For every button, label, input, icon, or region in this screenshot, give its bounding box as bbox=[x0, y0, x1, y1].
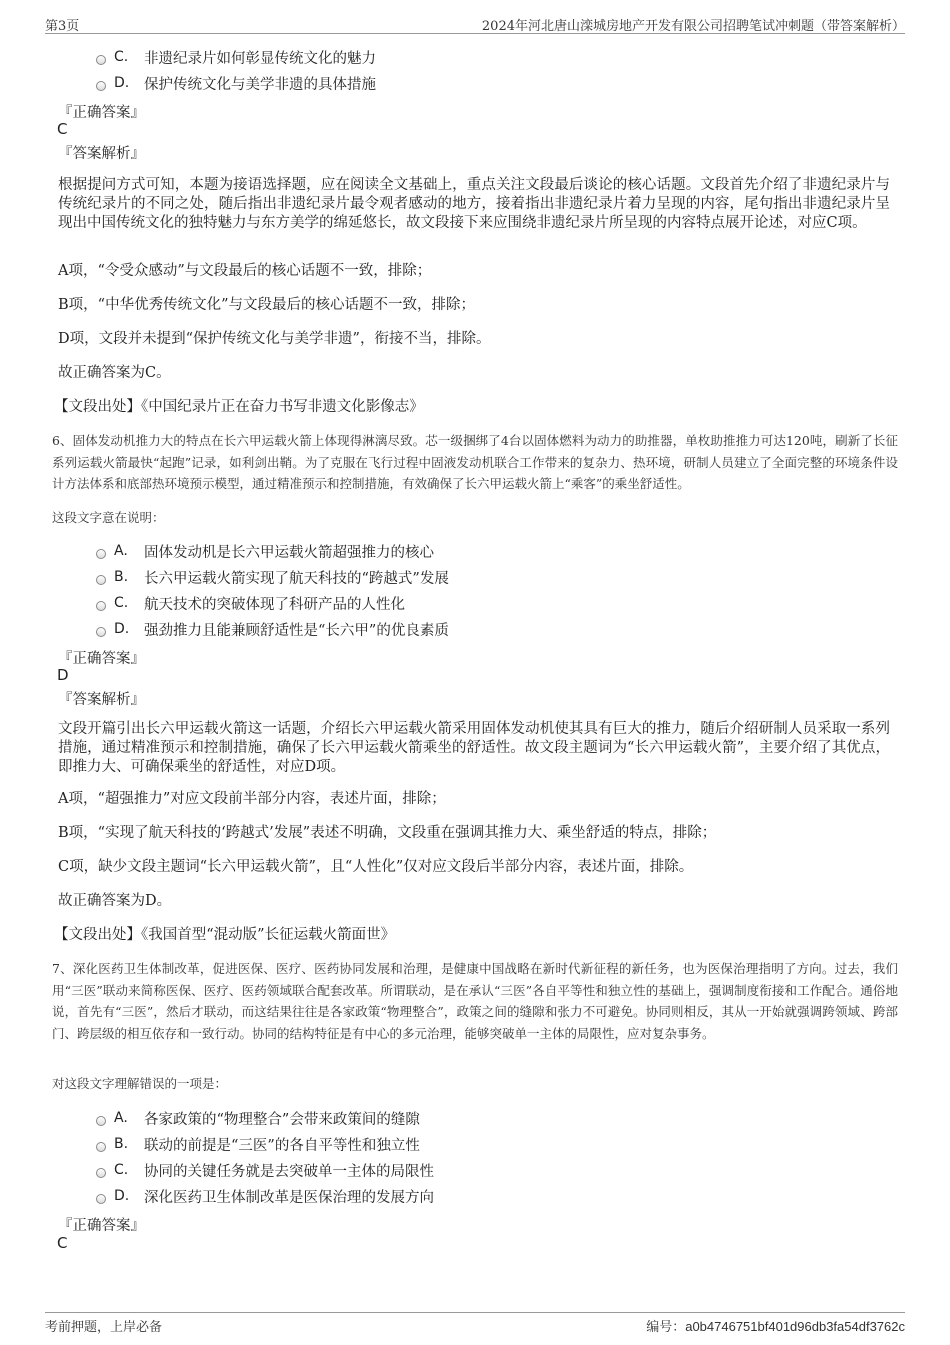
page-header: 第3页 2024年河北唐山滦城房地产开发有限公司招聘笔试冲刺题（带答案解析） bbox=[45, 14, 905, 34]
q6-option-b[interactable]: B. 长六甲运载火箭实现了航天科技的“跨越式”发展 bbox=[96, 566, 449, 588]
q6-option-d[interactable]: D. 强劲推力且能兼顾舒适性是“长六甲”的优良素质 bbox=[96, 618, 449, 640]
q6-option-a[interactable]: A. 固体发动机是长六甲运载火箭超强推力的核心 bbox=[96, 540, 434, 562]
radio-icon[interactable] bbox=[96, 81, 106, 91]
q5-option-d[interactable]: D. 保护传统文化与美学非遗的具体措施 bbox=[96, 72, 376, 94]
q7-option-d[interactable]: D. 深化医药卫生体制改革是医保治理的发展方向 bbox=[96, 1185, 434, 1207]
q7-prompt: 对这段文字理解错误的一项是： bbox=[52, 1074, 227, 1092]
q6-prompt: 这段文字意在说明： bbox=[52, 508, 165, 526]
q7-option-a[interactable]: A. 各家政策的“物理整合”会带来政策间的缝隙 bbox=[96, 1107, 420, 1129]
radio-icon[interactable] bbox=[96, 1194, 106, 1204]
q6-option-c[interactable]: C. 航天技术的突破体现了科研产品的人性化 bbox=[96, 592, 405, 614]
page-footer: 考前押题，上岸必备 编号：a0b4746751bf401d96db3fa54df… bbox=[45, 1312, 905, 1315]
q6-analysis-label: 『答案解析』 bbox=[58, 688, 145, 709]
q6-note-c: C项，缺少文段主题词“长六甲运载火箭”，且“人性化”仅对应文段后半部分内容，表述… bbox=[58, 858, 890, 877]
radio-icon[interactable] bbox=[96, 575, 106, 585]
radio-icon[interactable] bbox=[96, 1168, 106, 1178]
footer-slogan: 考前押题，上岸必备 bbox=[45, 1316, 162, 1335]
q5-source: 【文段出处】《中国纪录片正在奋力书写非遗文化影像志》 bbox=[54, 398, 886, 417]
q7-option-c[interactable]: C. 协同的关键任务就是去突破单一主体的局限性 bbox=[96, 1159, 434, 1181]
radio-icon[interactable] bbox=[96, 601, 106, 611]
q6-note-b: B项，“实现了航天科技的‘跨越式’发展”表述不明确，文段重在强调其推力大、乘坐舒… bbox=[58, 824, 890, 843]
q6-answer: D bbox=[57, 666, 69, 684]
q7-answer-label: 『正确答案』 bbox=[58, 1214, 145, 1235]
q5-option-c[interactable]: C. 非遗纪录片如何彰显传统文化的魅力 bbox=[96, 46, 376, 68]
q6-note-a: A项，“超强推力”对应文段前半部分内容，表述片面，排除； bbox=[58, 790, 890, 809]
q5-answer-label: 『正确答案』 bbox=[58, 101, 145, 122]
q5-answer: C bbox=[57, 120, 67, 138]
document-title: 2024年河北唐山滦城房地产开发有限公司招聘笔试冲刺题（带答案解析） bbox=[482, 15, 905, 34]
q5-analysis: 根据提问方式可知，本题为接语选择题，应在阅读全文基础上，重点关注文段最后谈论的核… bbox=[58, 176, 890, 233]
q5-note-a: A项，“令受众感动”与文段最后的核心话题不一致，排除； bbox=[58, 262, 890, 281]
q6-question: 6、固体发动机推力大的特点在长六甲运载火箭上体现得淋漓尽致。芯一级捆绑了4台以固… bbox=[52, 430, 898, 495]
q5-note-b: B项，“中华优秀传统文化”与文段最后的核心话题不一致，排除； bbox=[58, 296, 890, 315]
radio-icon[interactable] bbox=[96, 1116, 106, 1126]
q6-answer-label: 『正确答案』 bbox=[58, 647, 145, 668]
q6-conclusion: 故正确答案为D。 bbox=[58, 892, 890, 911]
q6-analysis: 文段开篇引出长六甲运载火箭这一话题，介绍长六甲运载火箭采用固体发动机使其具有巨大… bbox=[58, 720, 890, 777]
radio-icon[interactable] bbox=[96, 627, 106, 637]
q5-note-d: D项，文段并未提到“保护传统文化与美学非遗”，衔接不当，排除。 bbox=[58, 330, 890, 349]
radio-icon[interactable] bbox=[96, 549, 106, 559]
q7-answer: C bbox=[57, 1234, 67, 1252]
q5-analysis-label: 『答案解析』 bbox=[58, 142, 145, 163]
radio-icon[interactable] bbox=[96, 1142, 106, 1152]
serial-number: 编号：a0b4746751bf401d96db3fa54df3762c bbox=[646, 1316, 905, 1335]
q7-question: 7、深化医药卫生体制改革，促进医保、医疗、医药协同发展和治理，是健康中国战略在新… bbox=[52, 958, 898, 1044]
q7-option-b[interactable]: B. 联动的前提是“三医”的各自平等性和独立性 bbox=[96, 1133, 420, 1155]
q6-source: 【文段出处】《我国首型“混动版”长征运载火箭面世》 bbox=[54, 926, 886, 945]
radio-icon[interactable] bbox=[96, 55, 106, 65]
page-number: 第3页 bbox=[45, 15, 79, 34]
q5-conclusion: 故正确答案为C。 bbox=[58, 364, 890, 383]
